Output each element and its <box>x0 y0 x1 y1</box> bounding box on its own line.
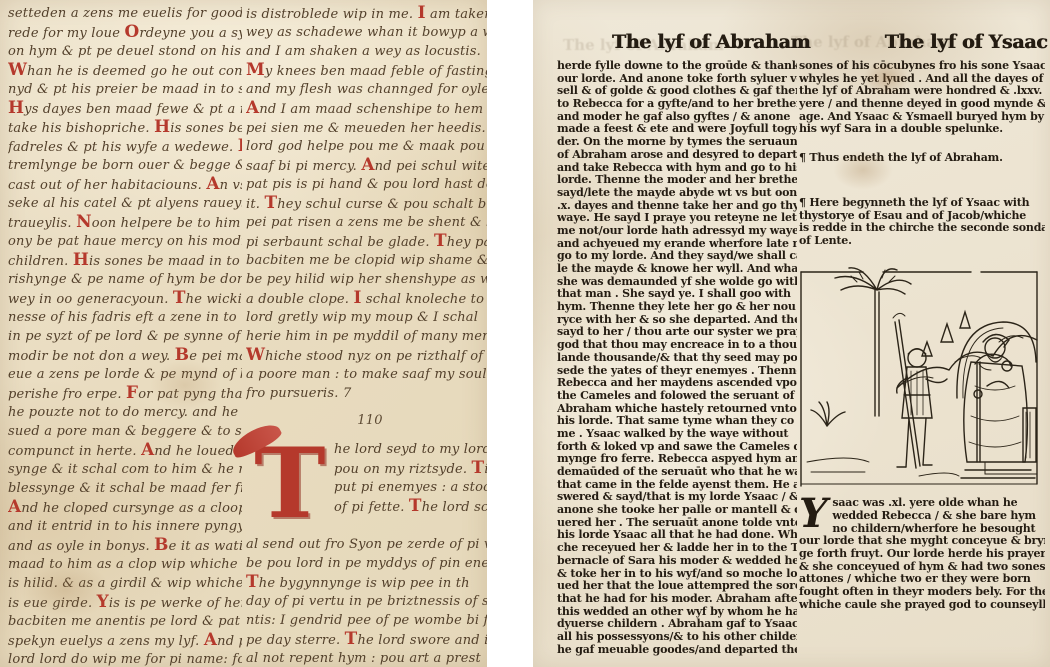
text-line: forth & loked vp and sawe the Cameles co <box>557 441 797 454</box>
text-line: synge & it schal com to him & he nolde <box>8 460 242 479</box>
text-line: put pi enemyes : a stool <box>334 478 487 497</box>
rubric-initial: H <box>8 99 24 117</box>
dropcap-block: Ysaac was .xl. yere olde whan hewedded R… <box>799 497 1045 535</box>
text-line: our lorde that she myght conceyue & bryn <box>799 535 1045 548</box>
text-line: modir be not don a wey. Be pei maad <box>8 346 242 365</box>
text-line: ntis: I gendrid pee of pe wombe bi for <box>246 611 487 630</box>
text-line: eue a zens pe lorde & pe mynd of he <box>8 365 242 384</box>
text-line: fadreles & pt his wyfe a wedewe. His son… <box>8 137 242 156</box>
text-line: My knees ben maad feble of fastinge <box>246 61 487 80</box>
text-line: sayd/lete the mayde abyde wt vs but oonl… <box>557 187 797 200</box>
text-line: he pouzte not to do mercy. and he pur <box>8 403 242 422</box>
text-line: pei pat risen a zens me be shent & but <box>246 213 487 232</box>
text-line: tremlynge be born ouer & begge & and be <box>8 156 242 175</box>
text-line: .x. dayes and thenne take her and go thy <box>557 200 797 213</box>
text-line: she was demaunded yf she wolde go with <box>557 276 797 289</box>
printed-column-left: herde fylle downe to the groūde & thanke… <box>557 60 797 656</box>
decorated-initial: T <box>246 440 334 535</box>
rubric-initial: T <box>434 232 447 250</box>
text-line: a double clope. I schal knoleche to p <box>246 289 487 308</box>
text-line: ge forth fruyt. Our lorde herde his pray… <box>799 548 1045 561</box>
running-title-ysaac: The lyf of Ysaac <box>881 31 1050 53</box>
text-line: made a feest & ete and were Joyfull togy <box>557 123 797 136</box>
rubric-initial: H <box>154 118 170 136</box>
text-line: der. On the morne by tymes the seruaunt <box>557 136 797 149</box>
text-line: setteden a zens me euelis for goodis & h… <box>8 4 242 23</box>
manuscript-column-left: setteden a zens me euelis for goodis & h… <box>8 4 242 667</box>
text-line: thystorye of Esau and of Jacob/whiche <box>799 210 1045 223</box>
text-line: dyuerse childern . Abraham gaf to Ysaac <box>557 618 797 631</box>
text-line: saaf bi pi mercy. And pei schul wite <box>246 156 487 175</box>
text-line: Hys dayes ben maad fewe & pt a nopir <box>8 99 242 118</box>
rubric-initial: H <box>238 137 242 155</box>
text-line: sede the yates of theyr enemyes . Thenne <box>557 365 797 378</box>
text-line: of pi fette. The lord sch <box>334 497 487 516</box>
text-line: lord god helpe pou me & maak pou me <box>246 137 487 156</box>
text-line: he gaf meuable goodes/and departed the <box>557 644 797 657</box>
text-line: rishynge & pe name of hym be don a <box>8 270 242 289</box>
spacer <box>799 165 1045 197</box>
rubric-initial: T <box>264 194 277 212</box>
rubric-initial: I <box>418 4 426 22</box>
text-line: lord gretly wip my moup & I schal <box>246 308 487 327</box>
text-line: The bygynnynge is wip pee in th <box>246 573 487 592</box>
text-line: and achyeued my erande wherfore late me <box>557 238 797 251</box>
text-line: children. His sones be maad in to pe <box>8 251 242 270</box>
spacer <box>799 248 1045 260</box>
text-line: blessynge & it schal be maad fer fro him <box>8 479 242 498</box>
text-line: bernacle of Sara his moder & wedded her <box>557 555 797 568</box>
text-line: and my flesh was channged for oyle. <box>246 80 487 99</box>
text-line: waye. He sayd I praye you reteyne ne let… <box>557 212 797 225</box>
text-line: ued her that the loue attempred the soro… <box>557 580 797 593</box>
rubric-initial: T <box>345 630 358 648</box>
text-line: And he cloped cursynge as a cloope <box>8 498 242 517</box>
text-line: his wyf Sara in a double spelunke. <box>799 123 1045 136</box>
text-line: pe day sterre. The lord swore and it s <box>246 630 487 649</box>
text-line: pou on my riztsyde. Til I <box>334 459 487 478</box>
text-line: on hym & pt pe deuel stond on his riztha… <box>8 42 242 61</box>
rubric-initial: N <box>76 213 92 231</box>
text-line: spekyn euelys a zens my lyf. And pu <box>8 631 242 650</box>
text-line: Whan he is deemed go he out condemp <box>8 61 242 80</box>
text-line: sones of his cōcubynes fro his sone Ysaa… <box>799 60 1045 73</box>
text-line: a poore man : to make saaf my soule <box>246 365 487 384</box>
text-line: be pou lord in pe myddys of pin enem <box>246 554 487 573</box>
rubric-initial: B <box>175 346 189 364</box>
text-line: is distroblede wip in me. I am taken a <box>246 4 487 23</box>
text-line: go to my lorde. And they sayd/we shall c… <box>557 250 797 263</box>
text-line: anone she tooke her palle or mantell & c… <box>557 504 797 517</box>
text-line: compunct in herte. And he loued cur <box>8 441 242 460</box>
rubric-initial: A <box>8 498 21 516</box>
text-line: and moder he gaf also gyftes / & anone <box>557 111 797 124</box>
text-line: and I am shaken a wey as locustis. <box>246 42 487 61</box>
spacer <box>799 136 1045 152</box>
text-line: that he had for his moder. Abraham after <box>557 593 797 606</box>
text-line: sayd to her / thou arte our syster we pr… <box>557 326 797 339</box>
text-line: be pey hilid wip her shenshype as wi <box>246 270 487 289</box>
manuscript-column-right: is distroblede wip in me. I am taken awe… <box>246 4 487 667</box>
text-line: & she conceyued of hym & had two sones <box>799 561 1045 574</box>
text-line: traueylis. Noon helpere be to him & neyp <box>8 213 242 232</box>
text-line: bacbiten me be clopid wip shame & t <box>246 251 487 270</box>
text-line: al not repent hym : pou art a prest <box>246 649 487 667</box>
rubric-initial: A <box>141 441 154 459</box>
text-line: that man . She sayd ye. I shall goo with <box>557 288 797 301</box>
text-line: pat pis is pi hand & pou lord hast do <box>246 175 487 194</box>
printed-column-right: sones of his cōcubynes fro his sone Ysaa… <box>799 60 1045 611</box>
text-line: sell & of golde & good clothes & gaf the… <box>557 85 797 98</box>
text-line: yere / and thenne deyed in good mynde & <box>799 98 1045 111</box>
text-line: our lorde. And anone toke forth syluer v… <box>557 73 797 86</box>
text-line: pei sien me & meueden her heedis. My <box>246 118 487 137</box>
text-line: is hilid. & as a girdil & wip whiche he <box>8 574 242 593</box>
text-line: mynge fro ferre. Rebecca aspyed hym and <box>557 453 797 466</box>
text-line: lord lord do wip me for pi name: for <box>8 650 242 667</box>
manuscript-page: setteden a zens me euelis for goodis & h… <box>0 0 487 667</box>
rubric-initial: T <box>472 459 485 477</box>
text-line: it. They schul curse & pou schalt ble <box>246 194 487 213</box>
text-line: lorde. Thenne the moder and her brethern <box>557 174 797 187</box>
text-line: his lorde Ysaac all that he had done. Wh… <box>557 529 797 542</box>
text-line: of Lente. <box>799 235 1045 248</box>
text-line: rede for my loue Ordeyne you a synnere <box>8 23 242 42</box>
text-line: is redde in the chirche the seconde sond… <box>799 222 1045 235</box>
rubric-initial: T <box>246 573 259 591</box>
text-line: whiche caule she prayed god to counseyll <box>799 599 1045 612</box>
rubric-initial: B <box>154 536 168 554</box>
rubric-initial: O <box>124 23 139 41</box>
text-line: nyd & pt his preier be maad in to synne. <box>8 80 242 99</box>
text-line: Abraham whiche hastely retourned vnto <box>557 403 797 416</box>
woodcut-illustration <box>799 266 1045 492</box>
text-line: ¶ Thus endeth the lyf of Abraham. <box>799 152 1045 165</box>
text-line: & toke her in to his wyf/and so moche lo <box>557 568 797 581</box>
text-line: hym. Thenne they lete her go & her nou <box>557 301 797 314</box>
rubric-initial: W <box>8 61 27 79</box>
text-line: perishe fro erpe. For pat pyng that <box>8 384 242 403</box>
text-line: his lorde. That same tyme whan they co <box>557 415 797 428</box>
text-line: and as oyle in bonys. Be it as watir <box>8 536 242 555</box>
text-line: Whiche stood nyz on pe rizthalf of <box>246 346 487 365</box>
text-line: demaūded of the seruaūt who that he was <box>557 466 797 479</box>
text-line: seke al his catel & pt alyens raueyshe h… <box>8 194 242 213</box>
rubric-initial: T <box>173 289 186 307</box>
rubric-initial: Y <box>97 593 109 611</box>
rubric-initial: H <box>73 251 89 269</box>
text-line: le the mayde & knowe her wyll. And whan <box>557 263 797 276</box>
text-line: Rebecca and her maydens ascended vpon <box>557 377 797 390</box>
text-line: wey as schadewe whan it bowyp a we <box>246 23 487 42</box>
rubric-initial: A <box>206 175 219 193</box>
text-line: me . Ysaac walked by the waye without <box>557 428 797 441</box>
text-line: wey in oo generacyoun. The wickid <box>8 289 242 308</box>
text-line: me not/our lorde hath adressyd my waye. <box>557 225 797 238</box>
text-line: the lyf of Abraham were hondred & .lxxv. <box>799 85 1045 98</box>
text-line: lande thousande/& that thy seed may pos <box>557 352 797 365</box>
text-line: and it entrid in to his innere pyngys: <box>8 517 242 536</box>
decorated-initial: Y <box>799 497 832 531</box>
text-line: herie him in pe myddil of many men. <box>246 327 487 346</box>
text-line: cast out of her habitaciouns. An vsurer <box>8 175 242 194</box>
text-line: day of pi vertu in pe briztnessis of sey <box>246 592 487 611</box>
rubric-initial: A <box>204 631 217 649</box>
text-line: the Cameles and folowed the seruant of <box>557 390 797 403</box>
text-line: is eue girde. Yis is pe werke of hem pt <box>8 593 242 612</box>
text-line: pi serbaunt schal be glade. They pat <box>246 232 487 251</box>
text-line: he lord seyd to my lord: si <box>334 440 487 459</box>
rubric-initial: F <box>126 384 138 402</box>
rubric-initial: T <box>409 497 422 515</box>
text-line: that came in the felde ayenst them. He a… <box>557 479 797 492</box>
text-line: che receyued her & ladde her in to the T… <box>557 542 797 555</box>
text-line: and take Rebecca with hym and go to his <box>557 162 797 175</box>
printed-page: The lyf of Abraham The lyf of Abraham Th… <box>533 0 1050 667</box>
text-line: to Rebecca for a gyfte/and to her brethe… <box>557 98 797 111</box>
text-line: attones / whiche two er they were born <box>799 573 1045 586</box>
text-line: bacbiten me anentis pe lord & pat <box>8 612 242 631</box>
running-title-abraham: The lyf of Abraham <box>611 31 811 53</box>
rubric-initial: A <box>246 99 259 117</box>
text-line: ¶ Here begynneth the lyf of Ysaac with <box>799 197 1045 210</box>
text-line: herde fylle downe to the groūde & thanke… <box>557 60 797 73</box>
text-line: all his possessyons/& to his other child… <box>557 631 797 644</box>
text-line: wedded Rebecca / & she bare hym <box>832 510 1045 523</box>
woodcut-svg <box>799 266 1039 488</box>
text-line: swered & sayd/that is my lorde Ysaac / & <box>557 491 797 504</box>
text-line: saac was .xl. yere olde whan he <box>832 497 1045 510</box>
text-line: ryce with her & so she departed. And the… <box>557 314 797 327</box>
text-line: sued a pore man & beggere & to slee a ma… <box>8 422 242 441</box>
text-line: maad to him as a clop wip whiche he <box>8 555 242 574</box>
text-line: age. And Ysaac & Ysmaell buryed hym by <box>799 111 1045 124</box>
rubric-initial: M <box>246 61 265 79</box>
text-line: fought often in theyr moders bely. For t… <box>799 586 1045 599</box>
dropcap-block: The lord seyd to my lord: sipou on my ri… <box>246 440 487 535</box>
text-line: god that thou may encreace in to a thou <box>557 339 797 352</box>
text-line: ony be pat haue mercy on his modirles <box>8 232 242 251</box>
text-line: nesse of his fadris eft a zene in to myn… <box>8 308 242 327</box>
rubric-initial: I <box>353 289 361 307</box>
rubric-initial: W <box>246 346 265 364</box>
text-line: fro pursueris. 7 <box>246 384 487 403</box>
text-line: in pe syzt of pe lord & pe synne of his <box>8 327 242 346</box>
rubric-initial: A <box>361 156 374 174</box>
text-line: no childern/wherfore he besought <box>832 523 1045 536</box>
text-line: And I am maad schenshipe to hem <box>246 99 487 118</box>
text-line: take his bishopriche. His sones be made <box>8 118 242 137</box>
text-line: uered her . The seruaūt anone tolde vnto <box>557 517 797 530</box>
text-line: whyles he yet lyued . And all the dayes … <box>799 73 1045 86</box>
text-line: of Abraham arose and desyred to departe <box>557 149 797 162</box>
text-line: this wedded an other wyf by whom he had <box>557 606 797 619</box>
two-page-spread: setteden a zens me euelis for goodis & h… <box>0 0 1050 667</box>
